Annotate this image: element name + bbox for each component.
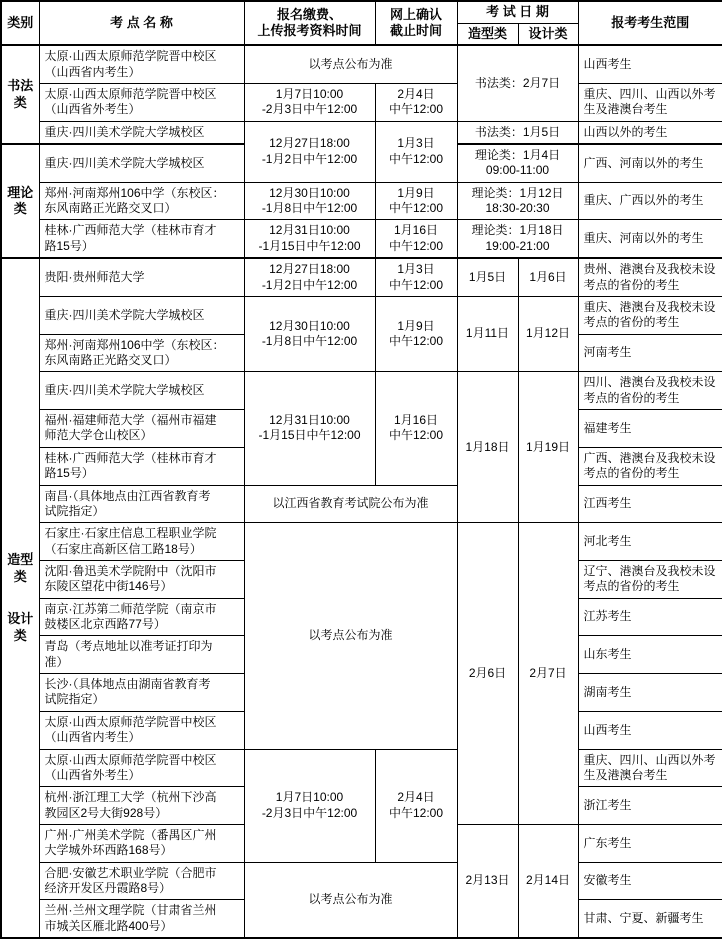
table-row: 书法类 太原·山西太原师范学院晋中校区 （山西省内考生） 以考点公布为准 书法类… (1, 45, 722, 83)
exam-site-cell: 太原·山西太原师范学院晋中校区 （山西省外考生） (39, 749, 244, 787)
category-cell: 造型类 设计类 (1, 258, 39, 938)
candidate-range-cell: 重庆、河南以外的考生 (578, 220, 722, 258)
category-stack: 造型类 设计类 (4, 552, 37, 645)
registration-time-cell: 以考点公布为准 (244, 523, 457, 749)
registration-time-cell: 1月7日10:00 -2月3日中午12:00 (244, 749, 375, 862)
confirmation-deadline-cell: 2月4日 中午12:00 (375, 749, 457, 862)
exam-site-cell: 青岛（考点地址以准考证打印为 准） (39, 636, 244, 674)
confirmation-deadline-cell: 1月3日 中午12:00 (375, 121, 457, 182)
registration-time-cell: 12月30日10:00 -1月8日中午12:00 (244, 296, 375, 371)
modeling-date-cell: 2月13日 (457, 824, 518, 938)
design-date-cell: 1月6日 (518, 258, 578, 296)
candidate-range-cell: 山西考生 (578, 45, 722, 83)
design-date-cell: 1月19日 (518, 372, 578, 523)
candidate-range-cell: 河南考生 (578, 334, 722, 372)
exam-site-cell: 太原·山西太原师范学院晋中校区 （山西省内考生） (39, 711, 244, 749)
exam-site-cell: 桂林·广西师范大学（桂林市育才 路15号） (39, 447, 244, 485)
registration-time-cell: 1月7日10:00 -2月3日中午12:00 (244, 83, 375, 121)
candidate-range-cell: 广西、河南以外的考生 (578, 144, 722, 182)
candidate-range-cell: 河北考生 (578, 523, 722, 561)
table-row: 石家庄·石家庄信息工程职业学院 （石家庄高新区信工路18号） 以考点公布为准 2… (1, 523, 722, 561)
exam-site-cell: 太原·山西太原师范学院晋中校区 （山西省内考生） (39, 45, 244, 83)
exam-site-cell: 重庆·四川美术学院大学城校区 (39, 372, 244, 410)
exam-date-cell: 理论类：1月4日 09:00-11:00 (457, 144, 578, 182)
candidate-range-cell: 江苏考生 (578, 598, 722, 636)
category-cell: 理论类 (1, 144, 39, 258)
modeling-date-cell: 2月6日 (457, 523, 518, 825)
registration-time-cell: 12月27日18:00 -1月2日中午12:00 (244, 258, 375, 296)
confirmation-deadline-cell: 1月9日 中午12:00 (375, 182, 457, 220)
exam-site-cell: 广州·广州美术学院（番禺区广州 大学城外环西路168号） (39, 824, 244, 862)
modeling-date-cell: 1月18日 (457, 372, 518, 523)
col-header-candidate-range: 报考考生范围 (578, 1, 722, 45)
table-row: 太原·山西太原师范学院晋中校区 （山西省外考生） 1月7日10:00 -2月3日… (1, 749, 722, 787)
category-cell: 书法类 (1, 45, 39, 144)
candidate-range-cell: 江西考生 (578, 485, 722, 523)
confirmation-deadline-cell: 1月3日 中午12:00 (375, 258, 457, 296)
col-header-category: 类别 (1, 1, 39, 45)
candidate-range-cell: 重庆、四川、山西以外考生及港澳台考生 (578, 83, 722, 121)
exam-date-cell: 理论类：1月18日 19:00-21:00 (457, 220, 578, 258)
exam-site-cell: 重庆·四川美术学院大学城校区 (39, 144, 244, 182)
exam-site-cell: 重庆·四川美术学院大学城校区 (39, 296, 244, 334)
exam-site-cell: 南京·江苏第二师范学院（南京市 鼓楼区北京西路77号） (39, 598, 244, 636)
table-row: 太原·山西太原师范学院晋中校区 （山西省外考生） 1月7日10:00 -2月3日… (1, 83, 722, 121)
exam-date-cell: 书法类：2月7日 (457, 45, 578, 121)
exam-site-cell: 长沙·（具体地点由湖南省教育考 试院指定） (39, 674, 244, 712)
col-header-site: 考 点 名 称 (39, 1, 244, 45)
candidate-range-cell: 重庆、港澳台及我校未设考点的省份的考生 (578, 296, 722, 334)
table-row: 重庆·四川美术学院大学城校区 12月30日10:00 -1月8日中午12:00 … (1, 296, 722, 334)
table-row: 郑州·河南郑州106中学（东校区： 东风南路正光路交叉口） 12月30日10:0… (1, 182, 722, 220)
confirmation-deadline-cell: 2月4日 中午12:00 (375, 83, 457, 121)
exam-site-cell: 杭州·浙江理工大学（杭州下沙高 教园区2号大街928号） (39, 787, 244, 825)
candidate-range-cell: 四川、港澳台及我校未设考点的省份的考生 (578, 372, 722, 410)
col-header-modeling: 造型类 (457, 23, 518, 45)
exam-site-cell: 太原·山西太原师范学院晋中校区 （山西省外考生） (39, 83, 244, 121)
candidate-range-cell: 山东考生 (578, 636, 722, 674)
registration-time-cell: 以江西省教育考试院公布为准 (244, 485, 457, 523)
candidate-range-cell: 辽宁、港澳台及我校未设考点的省份的考生 (578, 560, 722, 598)
exam-schedule-table: 类别 考 点 名 称 报名缴费、 上传报考资料时间 网上确认 截止时间 考 试 … (0, 0, 722, 939)
col-header-design: 设计类 (518, 23, 578, 45)
exam-site-cell: 郑州·河南郑州106中学（东校区： 东风南路正光路交叉口） (39, 334, 244, 372)
exam-site-cell: 桂林·广西师范大学（桂林市育才 路15号） (39, 220, 244, 258)
candidate-range-cell: 福建考生 (578, 410, 722, 448)
candidate-range-cell: 甘肃、宁夏、新疆考生 (578, 900, 722, 938)
candidate-range-cell: 重庆、四川、山西以外考生及港澳台考生 (578, 749, 722, 787)
exam-site-cell: 石家庄·石家庄信息工程职业学院 （石家庄高新区信工路18号） (39, 523, 244, 561)
exam-schedule-page: 类别 考 点 名 称 报名缴费、 上传报考资料时间 网上确认 截止时间 考 试 … (0, 0, 722, 939)
exam-site-cell: 重庆·四川美术学院大学城校区 (39, 121, 244, 144)
confirmation-deadline-cell: 1月9日 中午12:00 (375, 296, 457, 371)
candidate-range-cell: 广西、港澳台及我校未设考点的省份的考生 (578, 447, 722, 485)
table-row: 合肥·安徽艺术职业学院（合肥市 经济开发区丹霞路8号） 以考点公布为准 安徽考生 (1, 862, 722, 900)
design-date-cell: 1月12日 (518, 296, 578, 371)
exam-site-cell: 兰州·兰州文理学院（甘肃省兰州 市城关区雁北路400号） (39, 900, 244, 938)
exam-date-cell: 理论类：1月12日 18:30-20:30 (457, 182, 578, 220)
design-date-cell: 2月14日 (518, 824, 578, 938)
exam-site-cell: 贵阳·贵州师范大学 (39, 258, 244, 296)
col-header-reg-time: 报名缴费、 上传报考资料时间 (244, 1, 375, 45)
candidate-range-cell: 山西考生 (578, 711, 722, 749)
registration-time-cell: 以考点公布为准 (244, 45, 457, 83)
candidate-range-cell: 安徽考生 (578, 862, 722, 900)
design-date-cell: 2月7日 (518, 523, 578, 825)
table-row: 重庆·四川美术学院大学城校区 12月31日10:00 -1月15日中午12:00… (1, 372, 722, 410)
exam-date-cell: 书法类：1月5日 (457, 121, 578, 144)
exam-site-cell: 合肥·安徽艺术职业学院（合肥市 经济开发区丹霞路8号） (39, 862, 244, 900)
exam-site-cell: 沈阳·鲁迅美术学院附中（沈阳市 东陵区望花中街146号） (39, 560, 244, 598)
modeling-date-cell: 1月5日 (457, 258, 518, 296)
exam-site-cell: 南昌·（具体地点由江西省教育考 试院指定） (39, 485, 244, 523)
col-header-exam-date: 考 试 日 期 (457, 1, 578, 23)
candidate-range-cell: 广东考生 (578, 824, 722, 862)
exam-site-cell: 郑州·河南郑州106中学（东校区： 东风南路正光路交叉口） (39, 182, 244, 220)
registration-time-cell: 12月27日18:00 -1月2日中午12:00 (244, 121, 375, 182)
candidate-range-cell: 贵州、港澳台及我校未设考点的省份的考生 (578, 258, 722, 296)
category-label-design: 设计类 (4, 611, 37, 644)
table-row: 重庆·四川美术学院大学城校区 12月27日18:00 -1月2日中午12:00 … (1, 121, 722, 144)
category-label-modeling: 造型类 (4, 552, 37, 585)
candidate-range-cell: 重庆、广西以外的考生 (578, 182, 722, 220)
confirmation-deadline-cell: 1月16日 中午12:00 (375, 372, 457, 485)
modeling-date-cell: 1月11日 (457, 296, 518, 371)
candidate-range-cell: 湖南考生 (578, 674, 722, 712)
registration-time-cell: 以考点公布为准 (244, 862, 457, 938)
col-header-confirm-deadline: 网上确认 截止时间 (375, 1, 457, 45)
confirmation-deadline-cell: 1月16日 中午12:00 (375, 220, 457, 258)
table-row: 桂林·广西师范大学（桂林市育才 路15号） 12月31日10:00 -1月15日… (1, 220, 722, 258)
candidate-range-cell: 山西以外的考生 (578, 121, 722, 144)
registration-time-cell: 12月31日10:00 -1月15日中午12:00 (244, 372, 375, 485)
exam-site-cell: 福州·福建师范大学（福州市福建 师范大学仓山校区） (39, 410, 244, 448)
candidate-range-cell: 浙江考生 (578, 787, 722, 825)
registration-time-cell: 12月31日10:00 -1月15日中午12:00 (244, 220, 375, 258)
table-row: 造型类 设计类 贵阳·贵州师范大学 12月27日18:00 -1月2日中午12:… (1, 258, 722, 296)
registration-time-cell: 12月30日10:00 -1月8日中午12:00 (244, 182, 375, 220)
table-row: 南昌·（具体地点由江西省教育考 试院指定） 以江西省教育考试院公布为准 江西考生 (1, 485, 722, 523)
